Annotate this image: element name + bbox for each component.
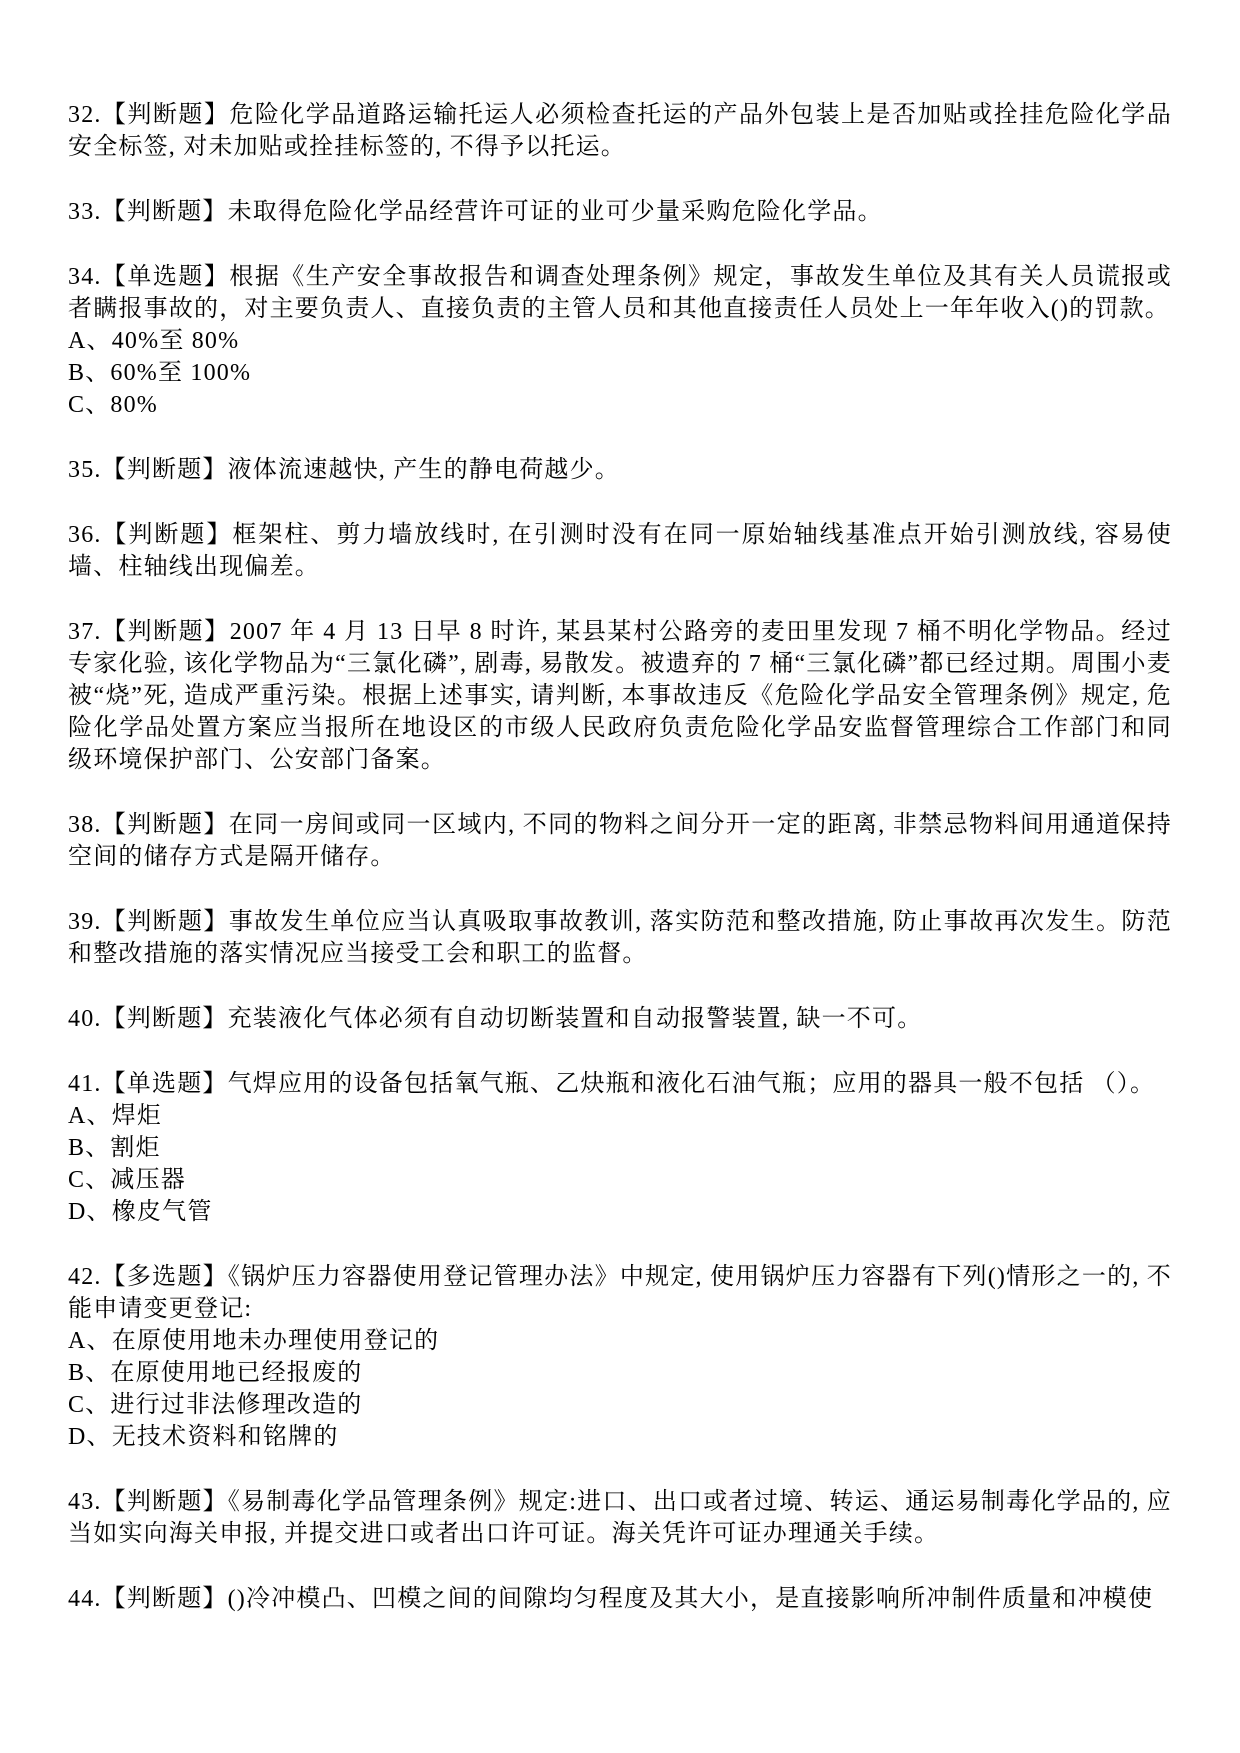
question-number: 40. — [68, 1006, 102, 1032]
question-number: 38. — [68, 812, 102, 838]
question-type-tag: 【判断题】 — [102, 1586, 228, 1612]
question-number: 43. — [68, 1489, 102, 1515]
question-type-tag: 【判断题】 — [102, 199, 228, 225]
option-item: B、割炬 — [68, 1132, 1172, 1164]
question-options: A、40%至 80%B、60%至 100%C、80% — [68, 325, 1172, 421]
question-text: 32.【判断题】危险化学品道路运输托运人必须检查托运的产品外包装上是否加贴或拴挂… — [68, 99, 1172, 163]
question-type-tag: 【判断题】 — [102, 522, 233, 548]
question-body: 事故发生单位应当认真吸取事故教训, 落实防范和整改措施, 防止事故再次发生。防范… — [68, 909, 1172, 967]
question-type-tag: 【多选题】 — [102, 1264, 228, 1290]
option-item: C、进行过非法修理改造的 — [68, 1389, 1172, 1421]
question-number: 34. — [68, 264, 102, 290]
question-text: 42.【多选题】《锅炉压力容器使用登记管理办法》中规定, 使用锅炉压力容器有下列… — [68, 1261, 1172, 1325]
question-type-tag: 【判断题】 — [102, 1006, 228, 1032]
option-item: D、无技术资料和铭牌的 — [68, 1421, 1172, 1453]
question-item: 34.【单选题】根据《生产安全事故报告和调查处理条例》规定，事故发生单位及其有关… — [68, 261, 1172, 421]
question-text: 43.【判断题】《易制毒化学品管理条例》规定:进口、出口或者过境、转运、通运易制… — [68, 1486, 1172, 1550]
question-item: 42.【多选题】《锅炉压力容器使用登记管理办法》中规定, 使用锅炉压力容器有下列… — [68, 1261, 1172, 1453]
question-body: 未取得危险化学品经营许可证的业可少量采购危险化学品。 — [228, 199, 883, 225]
question-number: 33. — [68, 199, 102, 225]
question-text: 38.【判断题】在同一房间或同一区域内, 不同的物料之间分开一定的距离, 非禁忌… — [68, 809, 1172, 873]
question-item: 36.【判断题】框架柱、剪力墙放线时, 在引测时没有在同一原始轴线基准点开始引测… — [68, 519, 1172, 583]
question-body: 2007 年 4 月 13 日早 8 时许, 某县某村公路旁的麦田里发现 7 桶… — [68, 619, 1172, 773]
question-options: A、在原使用地未办理使用登记的B、在原使用地已经报废的C、进行过非法修理改造的D… — [68, 1325, 1172, 1453]
question-body: 根据《生产安全事故报告和调查处理条例》规定，事故发生单位及其有关人员谎报或者瞒报… — [68, 264, 1172, 322]
question-item: 44.【判断题】()冷冲模凸、凹模之间的间隙均匀程度及其大小，是直接影响所冲制件… — [68, 1583, 1172, 1615]
option-item: A、40%至 80% — [68, 325, 1172, 357]
option-item: C、80% — [68, 389, 1172, 421]
option-item: B、在原使用地已经报废的 — [68, 1357, 1172, 1389]
question-type-tag: 【判断题】 — [102, 619, 230, 645]
question-text: 44.【判断题】()冷冲模凸、凹模之间的间隙均匀程度及其大小，是直接影响所冲制件… — [68, 1583, 1172, 1615]
question-type-tag: 【单选题】 — [102, 1071, 228, 1097]
question-number: 42. — [68, 1264, 102, 1290]
question-text: 40.【判断题】充装液化气体必须有自动切断装置和自动报警装置, 缺一不可。 — [68, 1003, 1172, 1035]
question-number: 35. — [68, 457, 102, 483]
exam-page: 32.【判断题】危险化学品道路运输托运人必须检查托运的产品外包装上是否加贴或拴挂… — [0, 0, 1240, 1753]
question-text: 34.【单选题】根据《生产安全事故报告和调查处理条例》规定，事故发生单位及其有关… — [68, 261, 1172, 325]
question-body: ()冷冲模凸、凹模之间的间隙均匀程度及其大小，是直接影响所冲制件质量和冲模使 — [228, 1586, 1154, 1612]
option-item: D、橡皮气管 — [68, 1196, 1172, 1228]
question-body: 在同一房间或同一区域内, 不同的物料之间分开一定的距离, 非禁忌物料间用通道保持… — [68, 812, 1172, 870]
option-item: B、60%至 100% — [68, 357, 1172, 389]
question-body: 充装液化气体必须有自动切断装置和自动报警装置, 缺一不可。 — [228, 1006, 923, 1032]
question-type-tag: 【单选题】 — [102, 264, 230, 290]
question-item: 40.【判断题】充装液化气体必须有自动切断装置和自动报警装置, 缺一不可。 — [68, 1003, 1172, 1035]
question-text: 35.【判断题】液体流速越快, 产生的静电荷越少。 — [68, 454, 1172, 486]
question-type-tag: 【判断题】 — [102, 1489, 228, 1515]
question-text: 33.【判断题】未取得危险化学品经营许可证的业可少量采购危险化学品。 — [68, 196, 1172, 228]
question-text: 37.【判断题】2007 年 4 月 13 日早 8 时许, 某县某村公路旁的麦… — [68, 616, 1172, 776]
question-options: A、焊炬B、割炬C、减压器D、橡皮气管 — [68, 1100, 1172, 1228]
question-item: 39.【判断题】事故发生单位应当认真吸取事故教训, 落实防范和整改措施, 防止事… — [68, 906, 1172, 970]
question-item: 32.【判断题】危险化学品道路运输托运人必须检查托运的产品外包装上是否加贴或拴挂… — [68, 99, 1172, 163]
question-number: 37. — [68, 619, 102, 645]
question-number: 39. — [68, 909, 102, 935]
question-type-tag: 【判断题】 — [102, 102, 230, 128]
question-number: 41. — [68, 1071, 102, 1097]
question-number: 32. — [68, 102, 102, 128]
question-item: 37.【判断题】2007 年 4 月 13 日早 8 时许, 某县某村公路旁的麦… — [68, 616, 1172, 776]
question-type-tag: 【判断题】 — [102, 457, 228, 483]
question-body: 《锅炉压力容器使用登记管理办法》中规定, 使用锅炉压力容器有下列()情形之一的,… — [68, 1264, 1172, 1322]
question-item: 41.【单选题】气焊应用的设备包括氧气瓶、乙炔瓶和液化石油气瓶；应用的器具一般不… — [68, 1068, 1172, 1228]
question-item: 35.【判断题】液体流速越快, 产生的静电荷越少。 — [68, 454, 1172, 486]
option-item: C、减压器 — [68, 1164, 1172, 1196]
question-text: 36.【判断题】框架柱、剪力墙放线时, 在引测时没有在同一原始轴线基准点开始引测… — [68, 519, 1172, 583]
question-body: 危险化学品道路运输托运人必须检查托运的产品外包装上是否加贴或拴挂危险化学品安全标… — [68, 102, 1172, 160]
option-item: A、焊炬 — [68, 1100, 1172, 1132]
question-text: 41.【单选题】气焊应用的设备包括氧气瓶、乙炔瓶和液化石油气瓶；应用的器具一般不… — [68, 1068, 1172, 1100]
option-item: A、在原使用地未办理使用登记的 — [68, 1325, 1172, 1357]
question-type-tag: 【判断题】 — [102, 909, 229, 935]
question-body: 《易制毒化学品管理条例》规定:进口、出口或者过境、转运、通运易制毒化学品的, 应… — [68, 1489, 1172, 1547]
question-body: 气焊应用的设备包括氧气瓶、乙炔瓶和液化石油气瓶；应用的器具一般不包括 （）。 — [228, 1071, 1156, 1097]
question-list: 32.【判断题】危险化学品道路运输托运人必须检查托运的产品外包装上是否加贴或拴挂… — [68, 99, 1172, 1615]
question-body: 框架柱、剪力墙放线时, 在引测时没有在同一原始轴线基准点开始引测放线, 容易使墙… — [68, 522, 1172, 580]
question-item: 33.【判断题】未取得危险化学品经营许可证的业可少量采购危险化学品。 — [68, 196, 1172, 228]
question-number: 36. — [68, 522, 102, 548]
question-body: 液体流速越快, 产生的静电荷越少。 — [228, 457, 620, 483]
question-text: 39.【判断题】事故发生单位应当认真吸取事故教训, 落实防范和整改措施, 防止事… — [68, 906, 1172, 970]
question-type-tag: 【判断题】 — [102, 812, 229, 838]
question-number: 44. — [68, 1586, 102, 1612]
question-item: 38.【判断题】在同一房间或同一区域内, 不同的物料之间分开一定的距离, 非禁忌… — [68, 809, 1172, 873]
question-item: 43.【判断题】《易制毒化学品管理条例》规定:进口、出口或者过境、转运、通运易制… — [68, 1486, 1172, 1550]
